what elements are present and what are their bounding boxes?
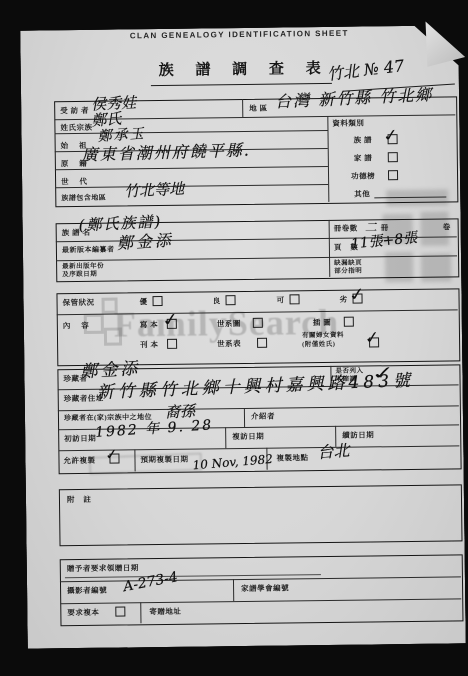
label-society-no: 家譜學會編號 xyxy=(241,584,289,592)
label-missing-1: 缺漏缺頁 xyxy=(334,261,362,268)
checkbox-lineage-chart xyxy=(253,318,263,328)
label-grade-poor: 劣 xyxy=(340,296,348,304)
label-missing-2: 部分指明 xyxy=(334,269,362,276)
ref-number: 竹北 № 47 xyxy=(326,58,405,83)
label-pub-year-1: 最新出版年份 xyxy=(62,264,104,271)
checkmark-poor: ✓ xyxy=(347,285,368,304)
label-next-visit: 續訪日期 xyxy=(342,431,374,439)
label-introducer: 介紹者 xyxy=(251,413,275,421)
label-illustrations: 插 圖 xyxy=(313,319,331,327)
rule xyxy=(242,99,243,117)
checkbox-good xyxy=(225,295,235,305)
label-compiler: 最新版本編纂者 xyxy=(62,247,115,255)
checkbox-jiapu xyxy=(388,152,398,162)
label-generations: 世 代 xyxy=(61,178,87,186)
label-lineage-table: 世系表 xyxy=(217,340,241,348)
label-pub-year-2: 及序跋日期 xyxy=(62,272,97,279)
label-donor-date: 贈予者要求領贈日期 xyxy=(67,564,139,572)
label-coverage: 族譜包含地區 xyxy=(61,195,106,203)
label-photographer-no: 攝影者編號 xyxy=(67,587,107,595)
rule xyxy=(140,602,141,623)
label-revisit: 複訪日期 xyxy=(232,433,264,441)
label-category-zupu: 族 譜 xyxy=(354,136,372,144)
checkmark-permit-copy: ✓ xyxy=(104,447,121,463)
checkbox-gongde xyxy=(388,170,398,180)
label-grade-good: 良 xyxy=(213,297,221,305)
label-women-1: 有關婦女資料 xyxy=(302,333,344,340)
checkbox-fair xyxy=(289,294,299,304)
checkbox-illustrations xyxy=(344,317,354,327)
scanned-document: CLAN GENEALOGY IDENTIFICATION SHEET 族 譜 … xyxy=(0,0,468,676)
value-clan: 鄭氏 xyxy=(91,111,122,128)
label-first-visit: 初訪日期 xyxy=(64,435,96,443)
value-holder: 鄭金添 xyxy=(80,361,141,382)
label-contents: 內 容 xyxy=(63,322,89,330)
value-ancestor: 鄭承玉 xyxy=(97,127,146,144)
checkbox-excellent xyxy=(152,296,162,306)
label-category-jiapu: 家 譜 xyxy=(354,154,372,162)
label-clan: 姓氏宗族 xyxy=(60,124,92,132)
label-mail-address: 寄贈地址 xyxy=(149,608,181,616)
label-region: 地 區 xyxy=(249,105,267,113)
rule xyxy=(244,408,245,427)
checkmark-women: ✓ xyxy=(363,329,382,347)
checkbox-lineage-table xyxy=(257,338,267,348)
checkmark-zupu: ✓ xyxy=(381,127,400,145)
checkmark-manuscript: ✓ xyxy=(160,310,181,329)
label-keep-condition: 保管狀況 xyxy=(63,299,95,307)
label-category-gongde: 功德榜 xyxy=(351,172,375,180)
label-grade-fair: 可 xyxy=(277,296,285,304)
form-title: 族 譜 調 查 表 xyxy=(151,57,332,86)
label-holder-role: 珍藏者在(家)宗族中之地位 xyxy=(64,414,152,422)
label-interviewee: 受 訪 者 xyxy=(60,107,89,115)
value-genealogy-name: (鄭氏族譜) xyxy=(78,215,162,234)
label-grade-excellent: 優 xyxy=(140,298,148,306)
paper-sheet: CLAN GENEALOGY IDENTIFICATION SHEET 族 譜 … xyxy=(20,25,466,648)
torn-corner xyxy=(422,19,467,70)
label-lineage-chart: 世系圖 xyxy=(217,320,241,328)
label-copy-place: 複製地點 xyxy=(276,454,308,462)
label-women-2: (附僅姓氏) xyxy=(302,342,335,349)
rule xyxy=(225,427,226,448)
label-volumes-unit: 冊 xyxy=(381,224,389,232)
checkbox-request-copy xyxy=(115,606,125,616)
value-coverage: 竹北等地 xyxy=(124,182,185,200)
label-volumes: 冊卷數 xyxy=(334,225,358,233)
table-notes xyxy=(59,484,463,546)
label-scrolls-unit: 卷 xyxy=(443,223,451,231)
label-request-copy: 要求複本 xyxy=(67,609,99,617)
value-copy-place: 台北 xyxy=(317,443,350,462)
label-category-other: 其他 xyxy=(354,190,370,198)
label-manuscript: 寫 本 xyxy=(140,321,158,329)
label-copy-date: 預期複製日期 xyxy=(140,456,188,464)
label-permit-copy: 允許複製 xyxy=(63,457,95,465)
label-category: 資料類別 xyxy=(332,120,364,128)
value-volumes: 二 xyxy=(365,221,377,233)
checkbox-printed xyxy=(167,339,177,349)
letterhead: CLAN GENEALOGY IDENTIFICATION SHEET xyxy=(20,27,458,41)
label-printed: 刊 本 xyxy=(140,341,158,349)
value-compiler: 鄭金添 xyxy=(116,232,174,252)
label-notes: 附 註 xyxy=(67,496,91,504)
